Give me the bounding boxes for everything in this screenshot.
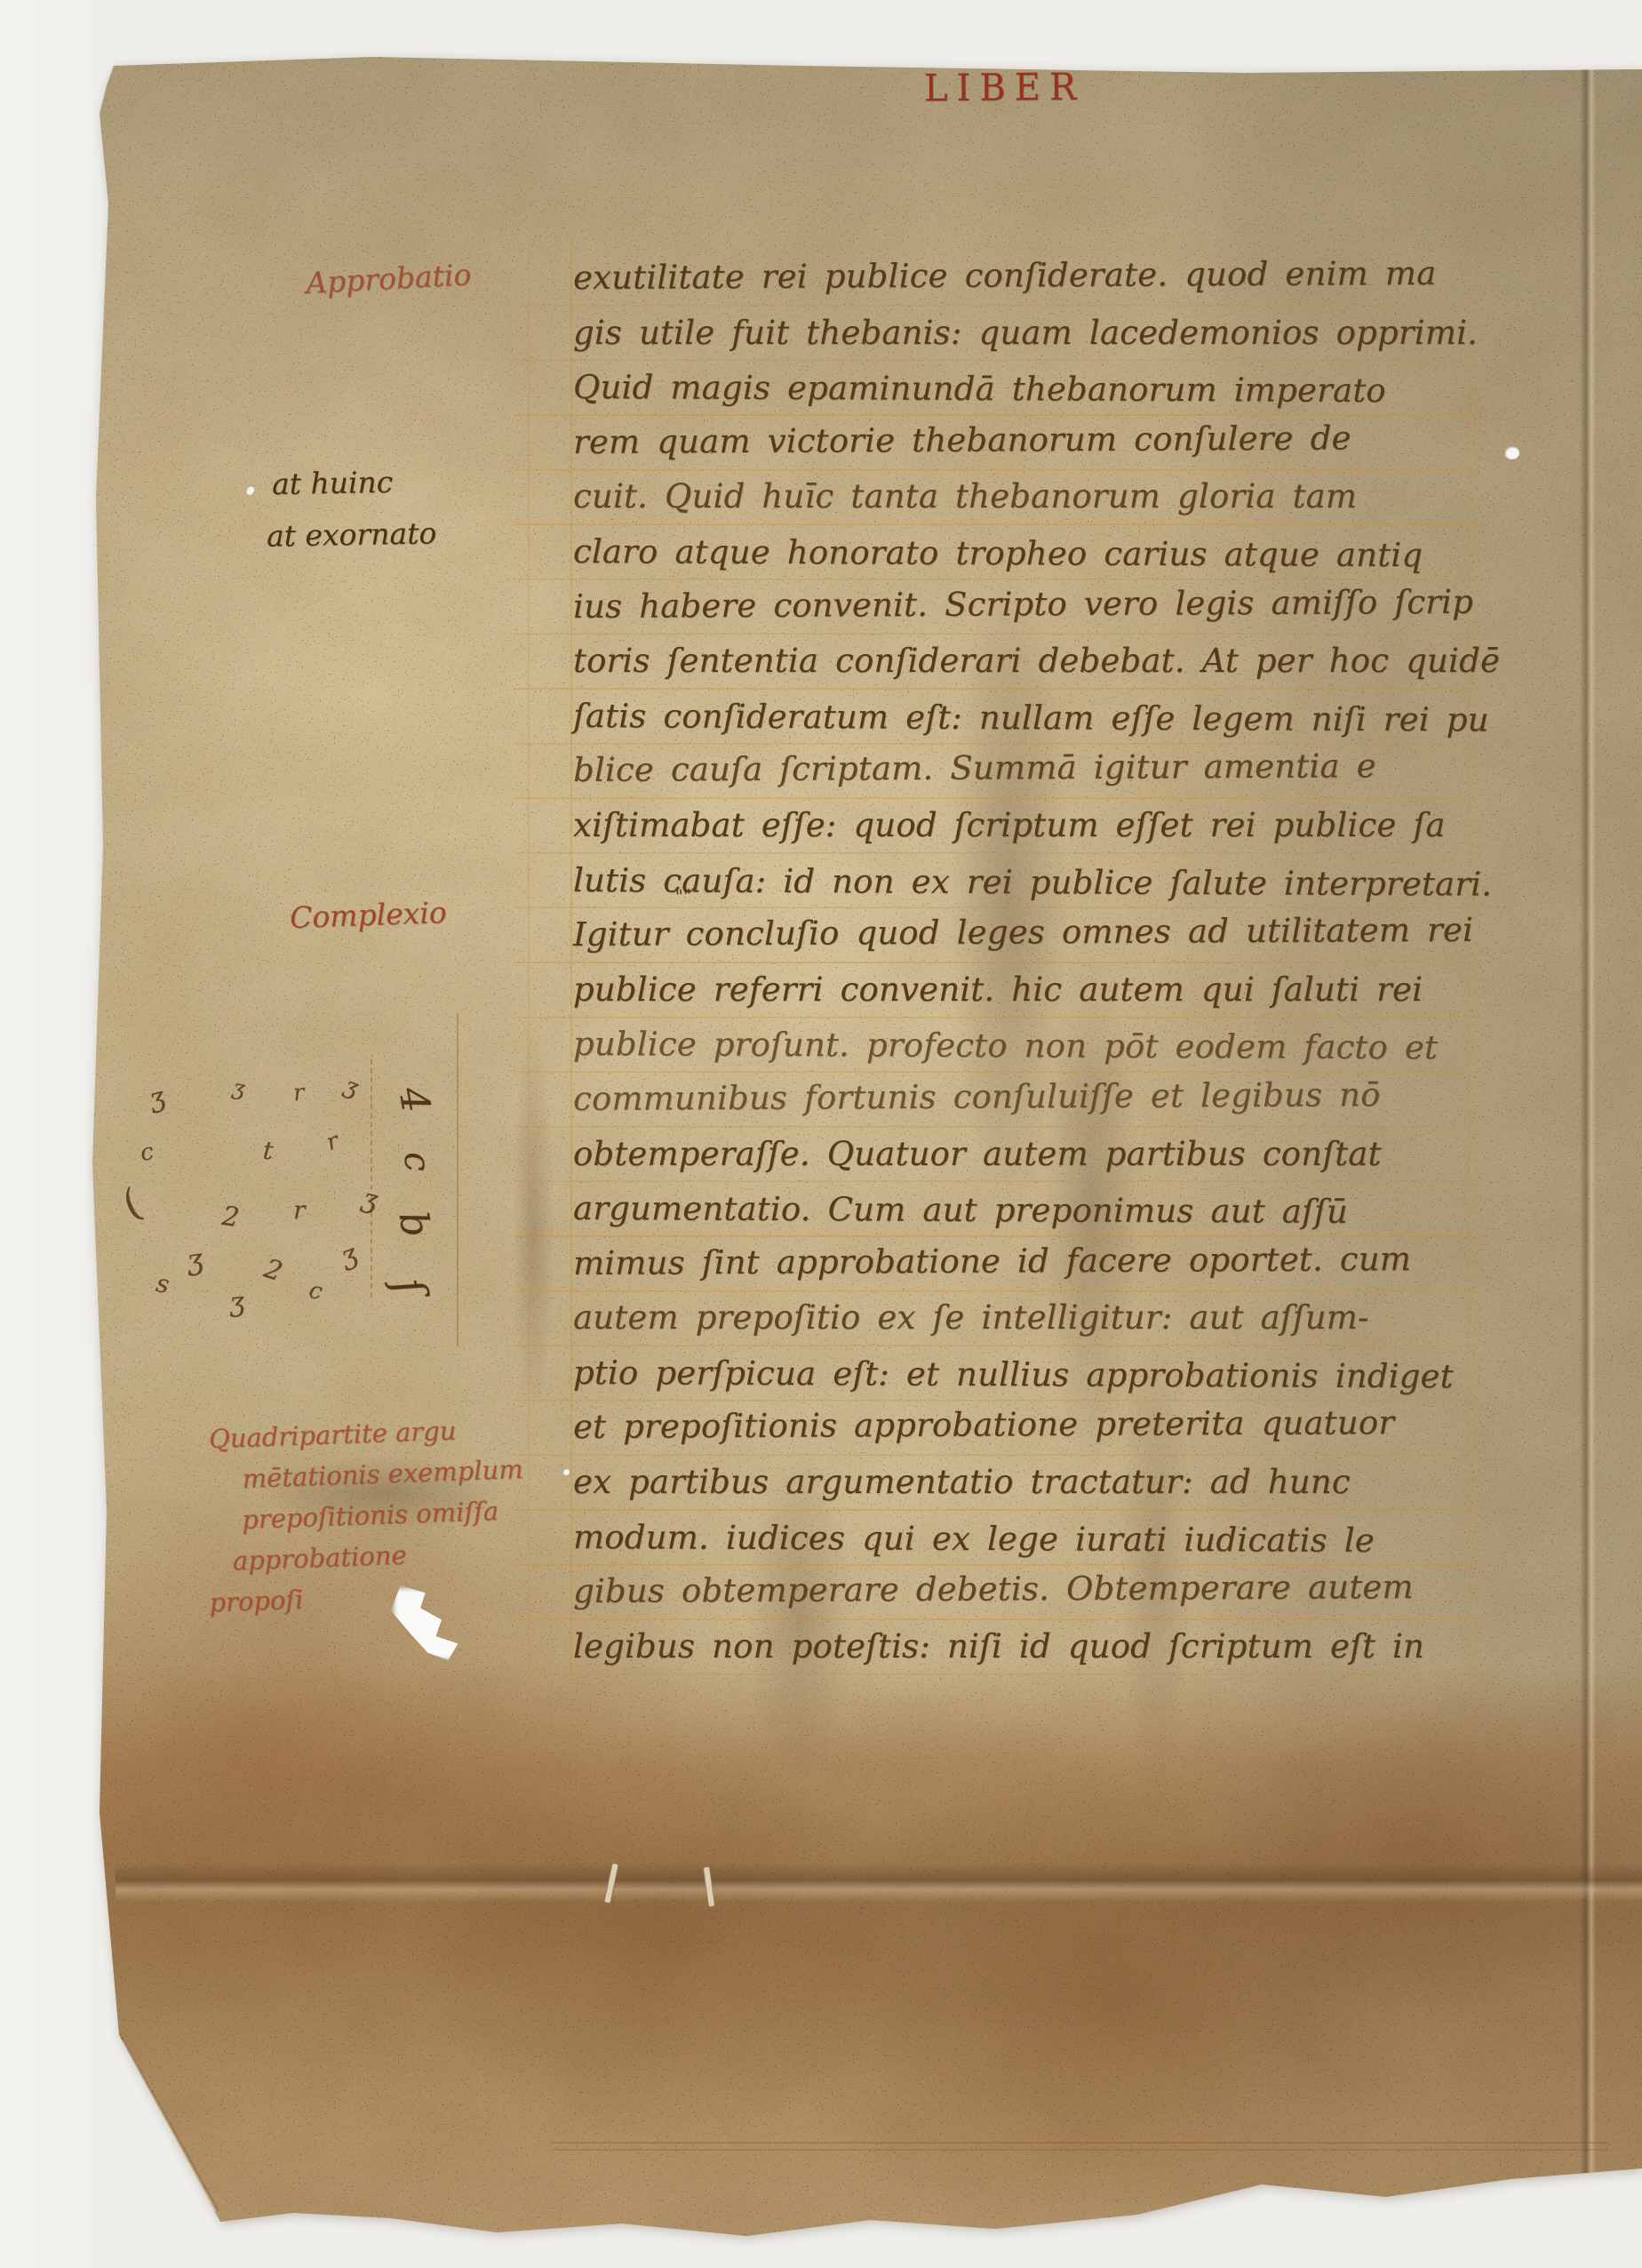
parchment-wrapper: LIBER Approbatio at huinc at exornato Co… [0,0,1642,2268]
pen-mark: 4 [389,1083,438,1115]
pen-mark: ſ [384,1273,436,1301]
scan-background: LIBER Approbatio at huinc at exornato Co… [0,0,1642,2268]
pen-mark: c [395,1150,438,1173]
small-round-hole [1504,446,1519,459]
pen-mark: b [390,1208,439,1241]
rotated-margin-glyphs: 4cbſ [0,0,1642,2268]
tiny-puncture [562,1468,570,1475]
parchment-page: LIBER Approbatio at huinc at exornato Co… [0,0,1642,2268]
